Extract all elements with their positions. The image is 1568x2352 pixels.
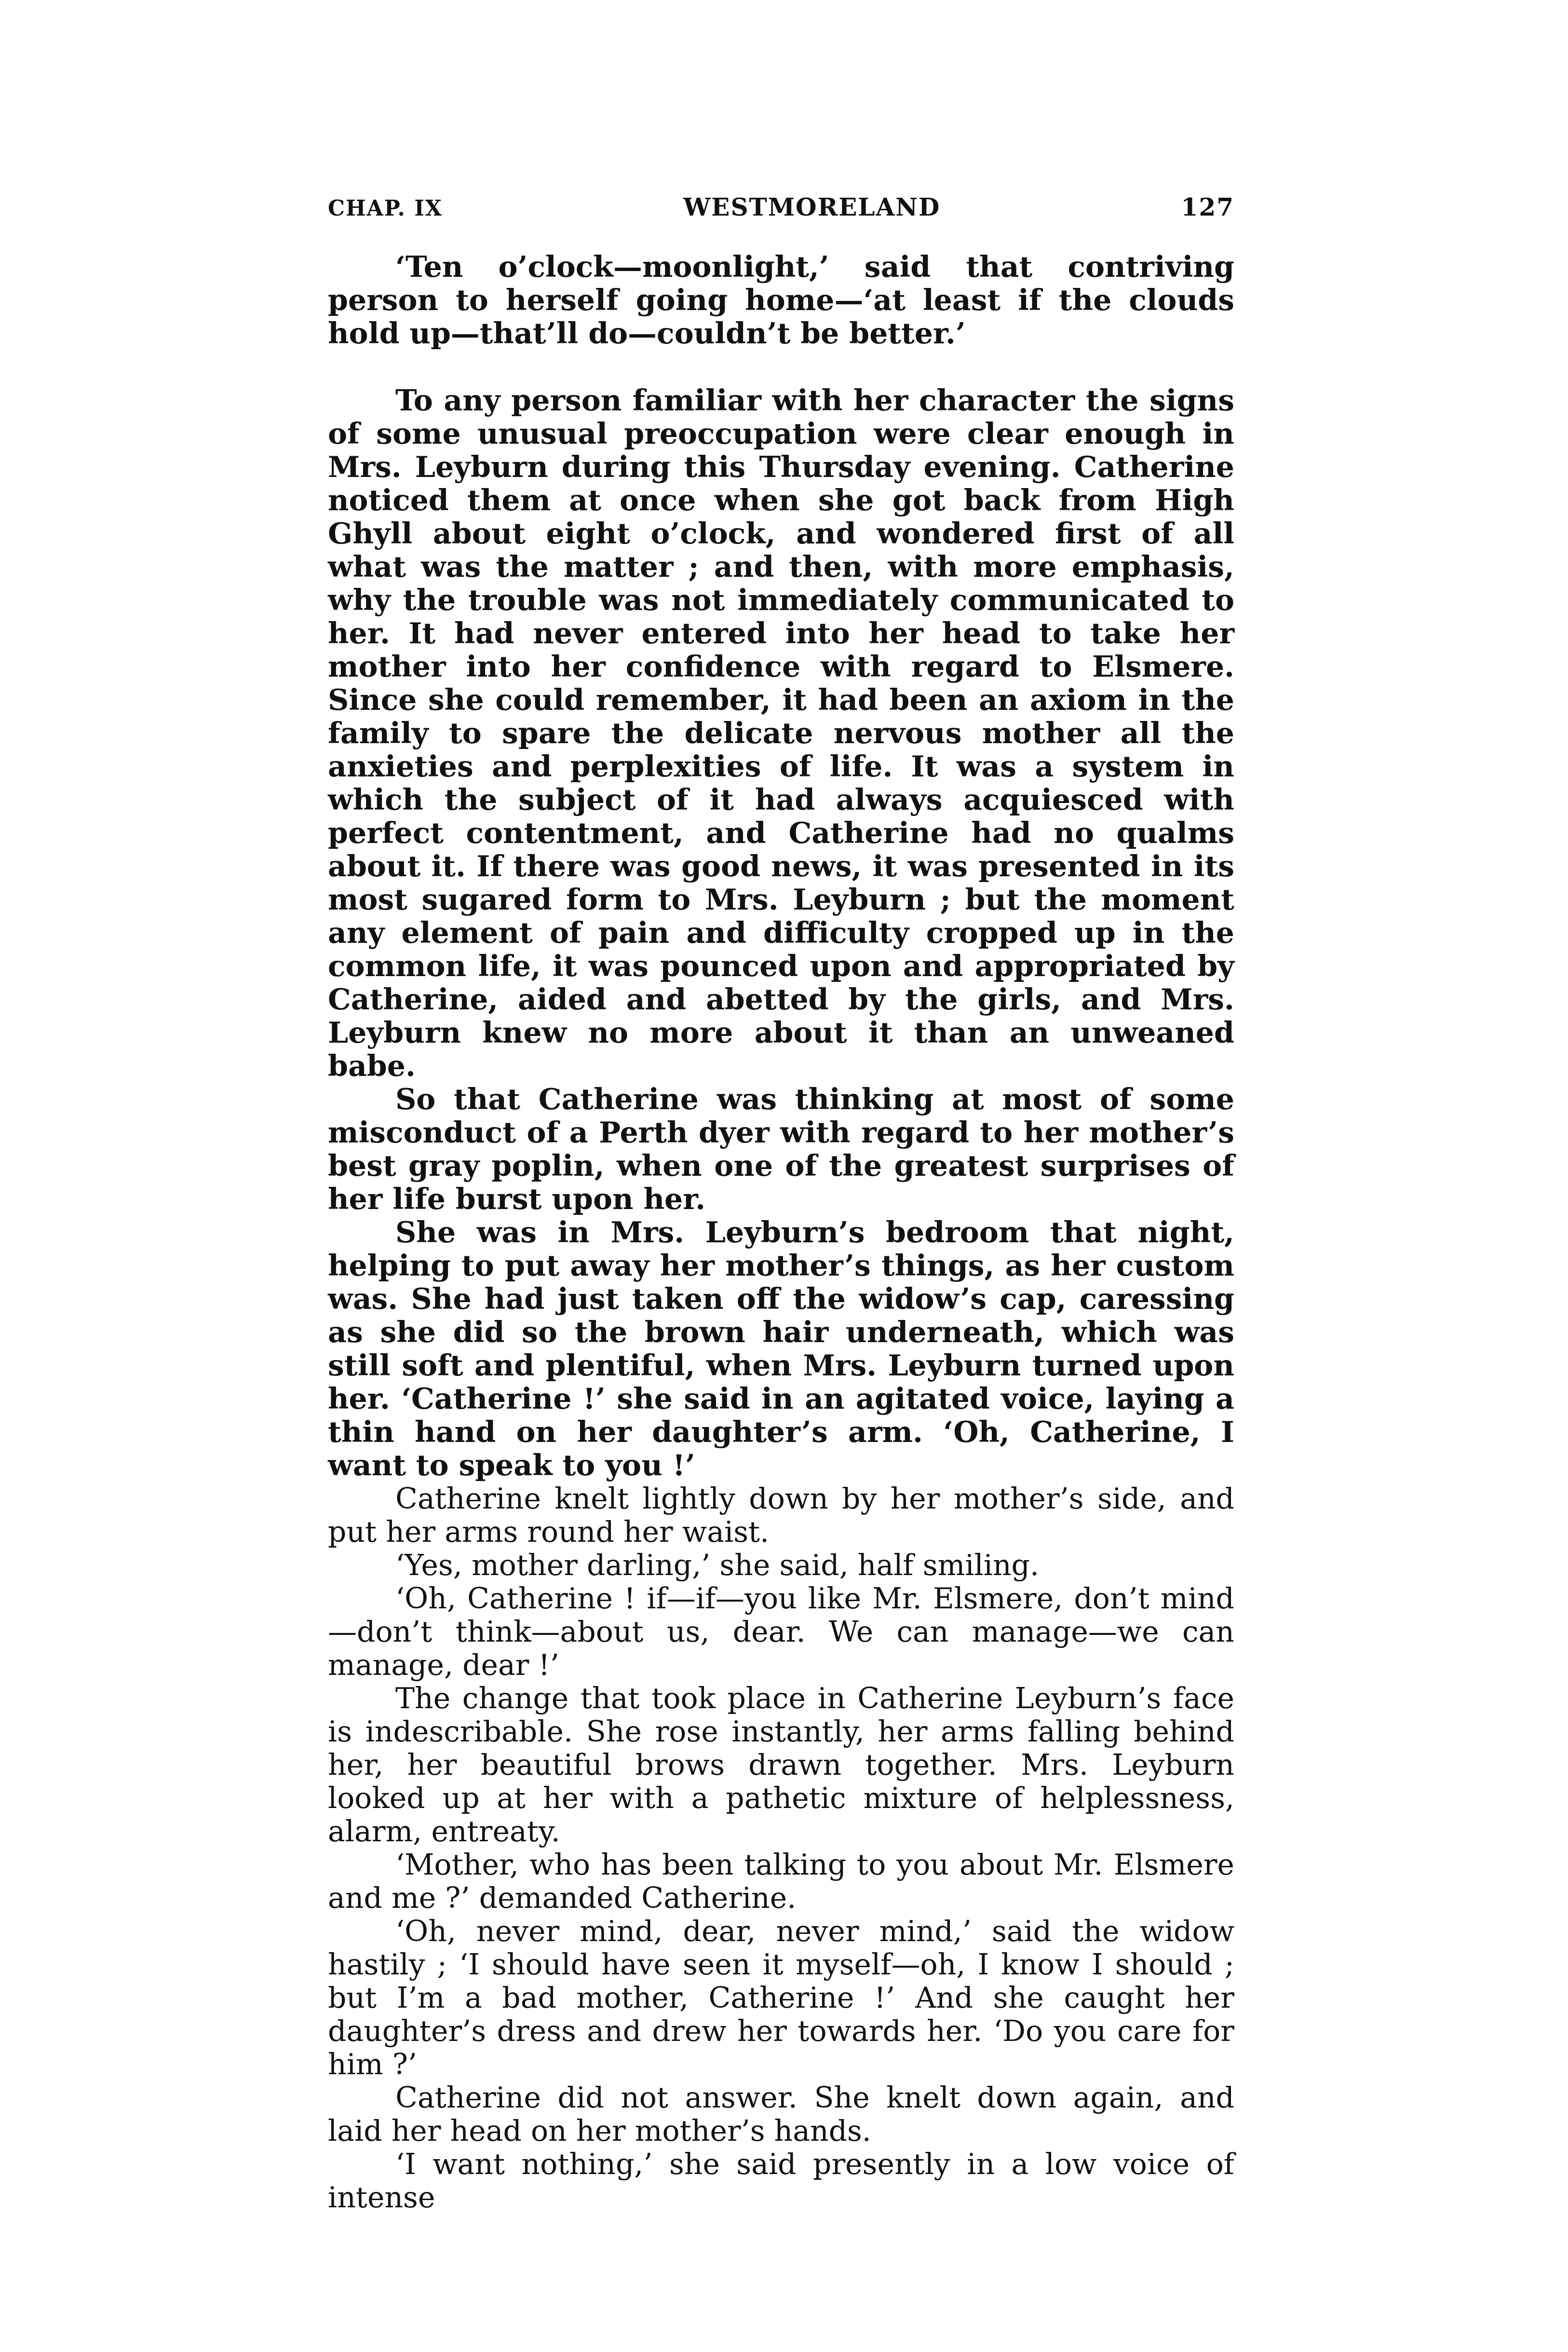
paragraph: ‘Yes, mother darling,’ she said, half sm… <box>328 1549 1234 1582</box>
page-number: 127 <box>1181 193 1234 221</box>
body-text: ‘Ten o’clock—moonlight,’ said that contr… <box>328 251 1234 2215</box>
page-title: WESTMORELAND <box>683 193 940 221</box>
paragraph: ‘Mother, who has been talking to you abo… <box>328 1849 1234 1915</box>
paragraph: To any person familiar with her characte… <box>328 384 1234 1083</box>
paragraph: ‘Oh, never mind, dear, never mind,’ said… <box>328 1915 1234 2081</box>
book-page: CHAP. IX WESTMORELAND 127 ‘Ten o’clock—m… <box>328 193 1234 2215</box>
paragraph: Catherine knelt lightly down by her moth… <box>328 1482 1234 1549</box>
paragraph: The change that took place in Catherine … <box>328 1682 1234 1849</box>
running-head: CHAP. IX WESTMORELAND 127 <box>328 193 1234 231</box>
paragraph: ‘Oh, Catherine ! if—if—you like Mr. Elsm… <box>328 1582 1234 1682</box>
chapter-label: CHAP. IX <box>328 196 443 221</box>
paragraph: ‘I want nothing,’ she said presently in … <box>328 2148 1234 2215</box>
paragraph: She was in Mrs. Leyburn’s bedroom that n… <box>328 1216 1234 1482</box>
paragraph: So that Catherine was thinking at most o… <box>328 1083 1234 1216</box>
paragraph: ‘Ten o’clock—moonlight,’ said that contr… <box>328 251 1234 351</box>
paragraph: Catherine did not answer. She knelt down… <box>328 2081 1234 2148</box>
